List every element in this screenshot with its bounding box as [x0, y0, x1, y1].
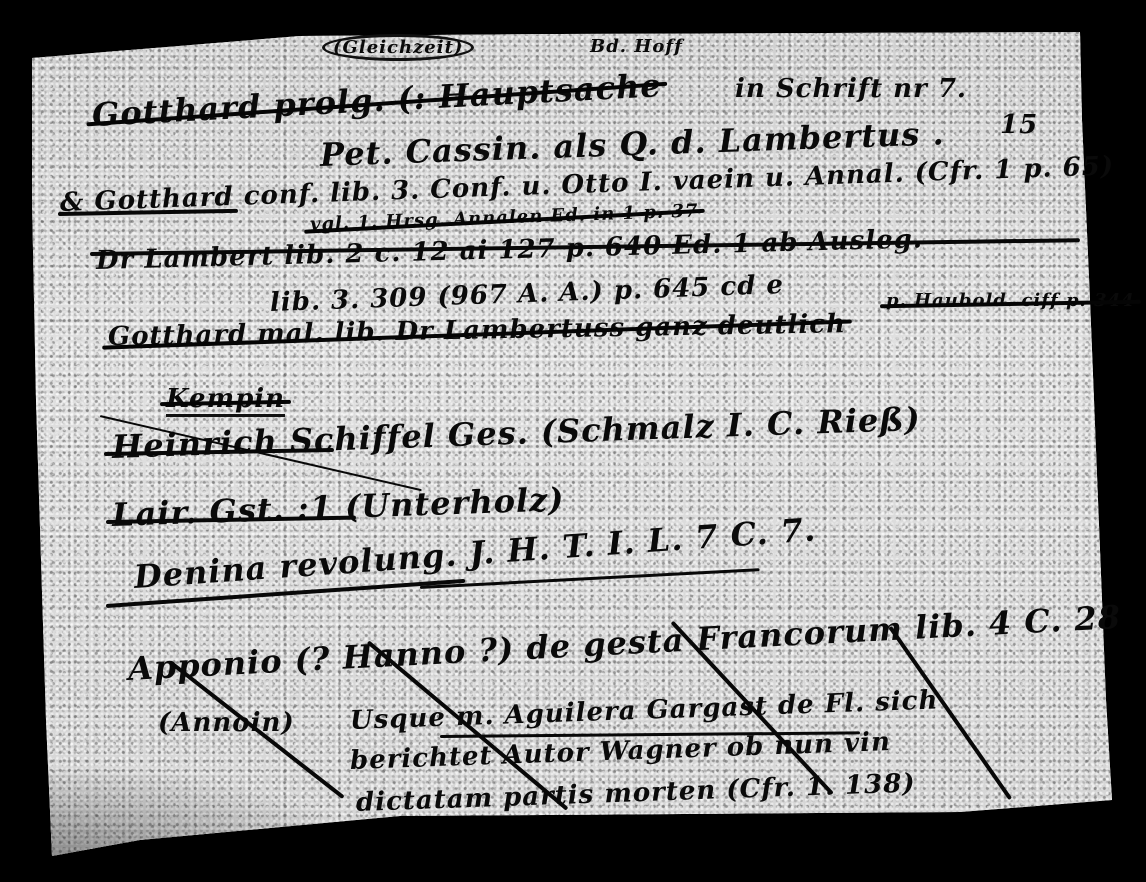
line-haubold: p. Haubold. ciff p. 344: [886, 290, 1135, 311]
line-kempin: Kempin: [166, 384, 285, 414]
line-top-fragment: Bd. Hoff: [590, 36, 683, 57]
circled-note: (Gleichzeit): [322, 34, 474, 61]
line-annoin: (Annoin): [158, 708, 295, 738]
line-schrift: in Schrift nr 7.: [735, 74, 967, 104]
line-top-circled: (Gleichzeit): [322, 34, 474, 61]
page-number-15: 15: [1000, 110, 1038, 140]
